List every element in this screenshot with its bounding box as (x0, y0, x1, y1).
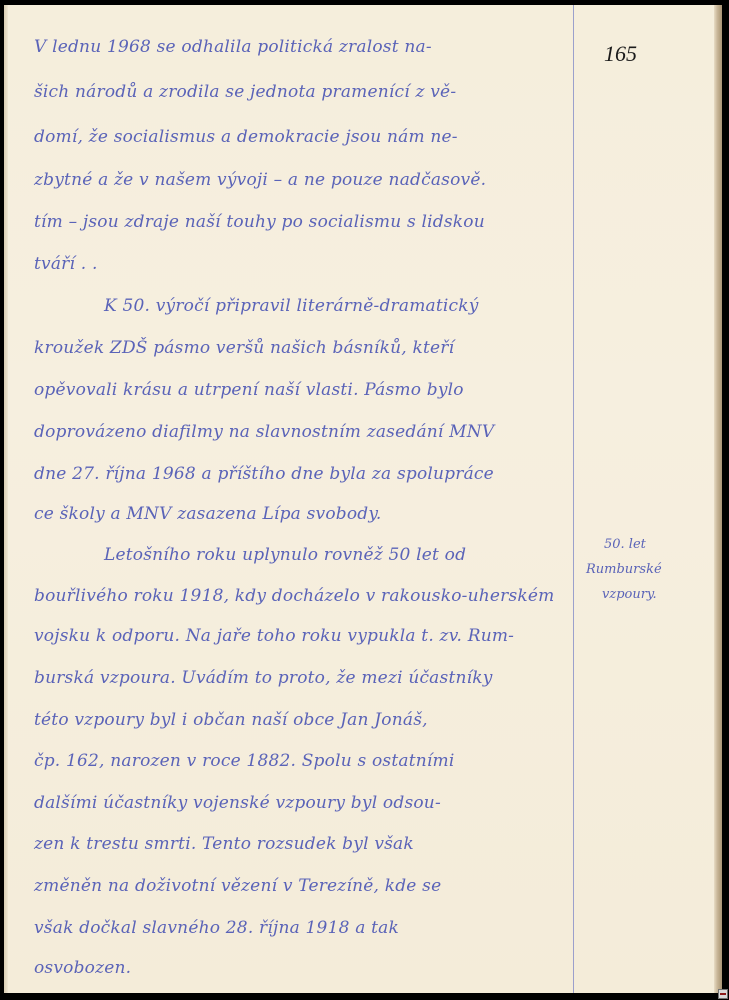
text-line: kroužek ZDŠ pásmo veršů našich básníků, … (34, 338, 564, 358)
text-line: burská vzpoura. Uvádím to proto, že mezi… (34, 668, 564, 688)
text-line: domí, že socialismus a demokracie jsou n… (34, 127, 564, 147)
text-line: V lednu 1968 se odhalila politická zralo… (34, 37, 564, 57)
margin-note-line: 50. let (604, 537, 646, 552)
text-line: dne 27. října 1968 a příštího dne byla z… (34, 464, 564, 484)
margin-note-line: Rumburské (586, 562, 662, 577)
text-line: čp. 162, narozen v roce 1882. Spolu s os… (34, 751, 564, 771)
text-line: vojsku k odporu. Na jaře toho roku vypuk… (34, 626, 564, 646)
text-line: dalšími účastníky vojenské vzpoury byl o… (34, 793, 564, 813)
text-line-paragraph-start: K 50. výročí připravil literárně-dramati… (104, 296, 634, 316)
text-line: zbytné a že v našem vývoji – a ne pouze … (34, 170, 564, 190)
resize-corner-icon[interactable] (718, 989, 728, 999)
text-line: změněn na doživotní vězení v Terezíně, k… (34, 876, 564, 896)
text-line: šich národů a zrodila se jednota pramení… (34, 82, 564, 102)
notebook-page: 165 V lednu 1968 se odhalila politická z… (4, 5, 722, 993)
text-line: bouřlivého roku 1918, kdy docházelo v ra… (34, 586, 564, 606)
page-right-edge (714, 5, 722, 993)
margin-rule-line (573, 5, 574, 993)
text-line: tím – jsou zdraje naší touhy po socialis… (34, 212, 564, 232)
margin-note-line: vzpoury. (602, 587, 657, 602)
text-line: ce školy a MNV zasazena Lípa svobody. (34, 504, 564, 524)
text-line: doprovázeno diafilmy na slavnostním zase… (34, 422, 564, 442)
page-left-edge (4, 5, 8, 993)
text-line: osvobozen. (34, 958, 564, 978)
text-line: této vzpoury byl i občan naší obce Jan J… (34, 710, 564, 730)
page-number: 165 (604, 41, 637, 67)
text-line: opěvovali krásu a utrpení naší vlasti. P… (34, 380, 564, 400)
text-line: tváří . . (34, 254, 564, 274)
text-line-paragraph-start: Letošního roku uplynulo rovněž 50 let od (104, 545, 634, 565)
text-line: však dočkal slavného 28. října 1918 a ta… (34, 918, 564, 938)
text-line: zen k trestu smrti. Tento rozsudek byl v… (34, 834, 564, 854)
